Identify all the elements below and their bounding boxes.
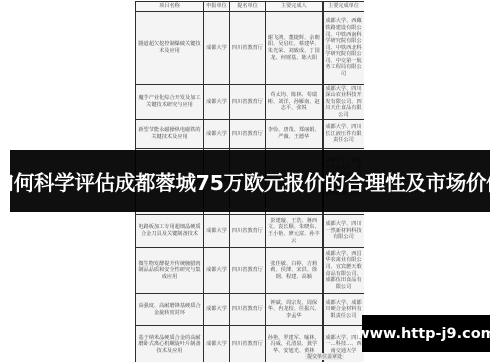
header-main-units: 主要完成单位 [323,2,365,12]
cell-project-name: 基于纳米晶硬质合金的高耐磨卧式离心机螺旋叶片制备技术及应用 [136,326,204,362]
cell-people: 钟斌、周宗发、周保华、冉龙校、任振兴、李孟华 [266,294,323,326]
table-row: 隧道超欠挖控制爆破关键技术及应用 成都大学 四川省教育厅 谢飞鸿、董捷辉、余朝阳… [136,12,365,85]
cell-project-name: 隧道超欠挖控制爆破关键技术及应用 [136,12,204,85]
cell-units: 成都大学、西藏铁路建设有限公司、中铁西南科学研究院有限公司、中铁西北科学研究院有… [323,12,365,85]
table-row: 高强度、高耐磨锋基硬质合金旋转密封环 成都大学 四川省教育厅 钟斌、周宗发、周保… [136,294,365,326]
cell-nominator: 四川省教育厅 [230,12,266,85]
cell-applicant: 成都大学 [204,294,230,326]
cell-applicant: 成都大学 [204,85,230,120]
watermark-box: www.http-j9.com [362,315,490,352]
table-row: 电路板加工专用超细晶硬质合金刀具及关键制备技术 成都大学 四川省教育厅 彭建璇、… [136,215,365,248]
cell-units: 成都大学、成都川硬合金材料有限责任公司 [323,294,365,326]
cell-project-name: 新型节能永磁操纵电磁铁的关键技术及应用 [136,120,204,149]
cell-nominator: 四川省教育厅 [230,85,266,120]
seal-caption: 提交单位盖章处 [305,353,344,360]
header-applicant: 申报单位 [204,2,230,12]
cell-applicant: 成都大学 [204,120,230,149]
cell-applicant: 成都大学 [204,326,230,362]
cell-project-name: 微生物发酵提升传统腌腊肉制品品质和安全性研究与集成应用 [136,248,204,294]
cell-project-name: 魔芋产业化综合开发及加工关键技术研究与应用 [136,85,204,120]
cell-people: 苟太均、陈林、苟瑞彬、刘洋、孙雁南、赵志平、张锐 [266,85,323,120]
cell-units: 成都大学、四川长江液压件有限责任公司 [323,120,365,149]
cell-nominator: 四川省教育厅 [230,248,266,294]
headline-title: 如何科学评估成都蓉城75万欧元报价的合理性及市场价值 [0,166,500,196]
header-nominator: 提名单位 [230,2,266,12]
cell-applicant: 成都大学 [204,248,230,294]
table-header-row: 项目名称 申报单位 提名单位 主要完成人 主要完成单位 [136,2,365,12]
cell-people: 彭建璇、王浩、蒋西文、袁长顺、朱晓东、王小艳、廖元富、孙丰云 [266,215,323,248]
cell-project-name: 高强度、高耐磨锋基硬质合金旋转密封环 [136,294,204,326]
cell-units: 成都大学、四川一然新材料科技有限公司 [323,215,365,248]
cell-people: 张佳敏、白婷、吉莉莉、侯薄、宋洪、徐钢、程建、高颖 [266,248,323,294]
cell-people: 李俭、唐茂、郑丽娟、严薇、王德华 [266,120,323,149]
cell-project-name: 电路板加工专用超细晶硬质合金刀具及关键制备技术 [136,215,204,248]
cell-nominator: 四川省教育厅 [230,120,266,149]
cell-nominator: 四川省教育厅 [230,215,266,248]
header-main-people: 主要完成人 [266,2,323,12]
cell-applicant: 成都大学 [204,12,230,85]
cell-nominator: 四川省教育厅 [230,326,266,362]
table-row: 魔芋产业化综合开发及加工关键技术研究与应用 成都大学 四川省教育厅 苟太均、陈林… [136,85,365,120]
table-row: 新型节能永磁操纵电磁铁的关键技术及应用 成都大学 四川省教育厅 李俭、唐茂、郑丽… [136,120,365,149]
cell-units: 成都大学、四川深山农业科技开发有限公司、四川天仕食品有限公司 [323,85,365,120]
cell-nominator: 四川省教育厅 [230,294,266,326]
table-row: 微生物发酵提升传统腌腊肉制品品质和安全性研究与集成应用 成都大学 四川省教育厅 … [136,248,365,294]
headline-banner: 如何科学评估成都蓉城75万欧元报价的合理性及市场价值 [10,150,490,212]
cell-units: 成都大学、西昌华农禽业有限公司、宜宾燃天歌食品有限公司、成都伍田食品有限公司 [323,248,365,294]
cell-applicant: 成都大学 [204,215,230,248]
watermark-url: www.http-j9.com [356,326,496,342]
header-project-name: 项目名称 [136,2,204,12]
cell-people: 谢飞鸿、董捷辉、余朝阳、吴启红、蔡建华、朱光荣、刘致成、丁国龙、何财基、陈大阳 [266,12,323,85]
